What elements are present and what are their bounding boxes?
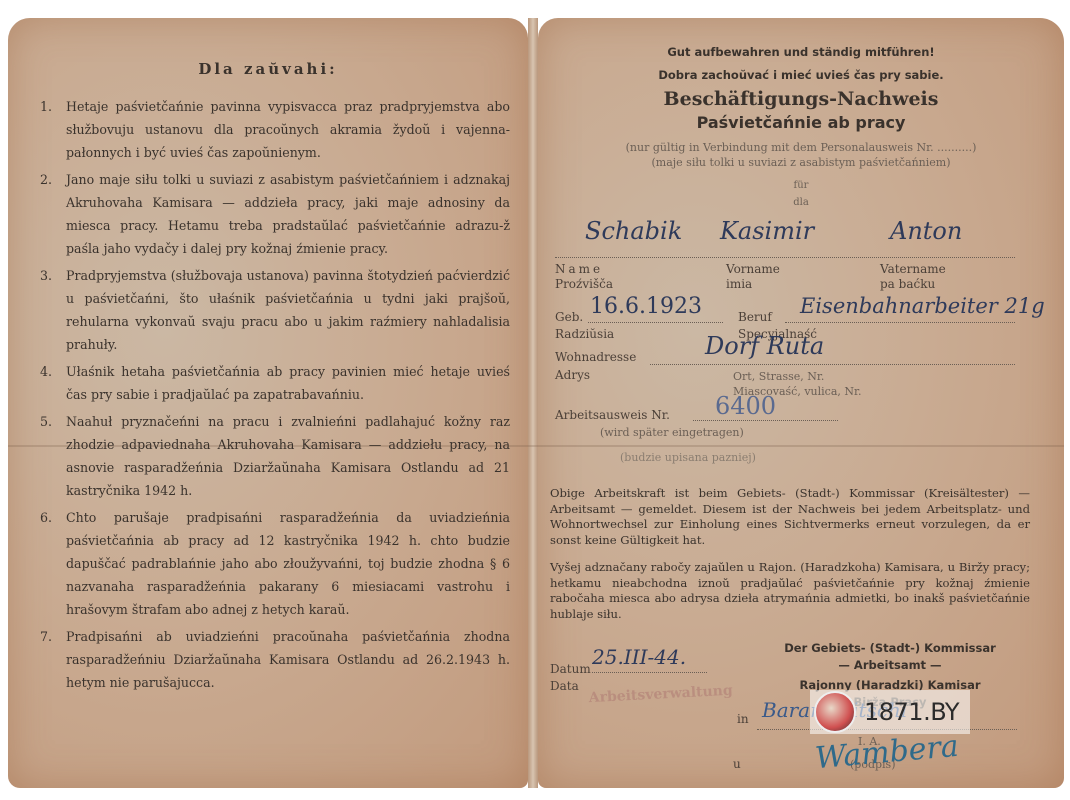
rule-item: 1.Hetaje paśvietčańnie pavinna vypisvacc… — [40, 95, 510, 164]
rule-item: 3.Pradpryjemstva (słužbovaja ustanova) p… — [40, 264, 510, 356]
rule-item: 5.Naahuł pryznačeńni na pracu i zvalnień… — [40, 410, 510, 502]
work-permit-hint-by: (budzie upisana pazniej) — [620, 450, 756, 465]
date-label-by: Data — [550, 679, 579, 694]
watermark-text: 1871.BY — [864, 698, 959, 726]
rule-item: 4.Ułaśnik hetaha paśvietčańnia ab pracy … — [40, 360, 510, 406]
rule-number: 5. — [40, 410, 52, 433]
profession-line — [785, 322, 1015, 323]
rule-text: Naahuł pryznačeńni na pracu i zvalnieńni… — [66, 414, 510, 498]
rule-item: 7.Pradpisańni ab uviadzieńni pracoŭnaha … — [40, 625, 510, 694]
authority-line-2: — Arbeitsamt — — [760, 657, 1020, 674]
for-label-by: dla — [538, 197, 1064, 208]
office-stamp: Arbeitsverwaltung — [588, 682, 711, 758]
rule-number: 3. — [40, 264, 52, 287]
title-by: Paśvietčańnie ab pracy — [538, 113, 1064, 132]
rule-number: 6. — [40, 506, 52, 529]
birth-label-by: Radziŭsia — [555, 327, 614, 342]
registration-text-de: Obige Arbeitskraft ist beim Gebiets- (St… — [550, 486, 1030, 548]
validity-by: (maje siłu tolki u suviazi z asabistym p… — [538, 156, 1064, 169]
patronymic-value: Anton — [890, 217, 962, 245]
work-permit-hint-de: (wird später eingetragen) — [600, 425, 744, 440]
notes-title: Dla zaŭvahi: — [8, 60, 528, 78]
in-label: in — [737, 712, 749, 727]
header-by: Dobra zachoŭvać i mieć uvieś čas pry sab… — [538, 68, 1064, 82]
surname-value: Schabik — [585, 217, 682, 245]
rule-text: Pradpryjemstva (słužbovaja ustanova) pav… — [66, 268, 510, 352]
rule-text: Ułaśnik hetaha paśvietčańnia ab pracy pa… — [66, 364, 510, 402]
document-spine — [528, 18, 538, 788]
vorname-label-de: Vorname — [726, 262, 780, 277]
rule-number: 2. — [40, 168, 52, 191]
name-label-by: Proźvišča — [555, 277, 613, 292]
rule-text: Jano maje siłu tolki u suviazi z asabist… — [66, 172, 510, 256]
date-value: 25.III-44. — [592, 645, 686, 669]
vorname-label-by: imia — [726, 277, 752, 292]
rule-text: Hetaje paśvietčańnie pavinna vypisvacca … — [66, 99, 510, 160]
validity-de: (nur gültig in Verbindung mit dem Person… — [538, 141, 1064, 154]
rule-text: Chto parušaje pradpisańni rasparadžeńnia… — [66, 510, 510, 617]
address-label: Wohnadresse — [555, 350, 636, 365]
work-permit-line — [693, 420, 838, 421]
rule-item: 6.Chto parušaje pradpisańni rasparadžeńn… — [40, 506, 510, 621]
header-de: Gut aufbewahren und ständig mitführen! — [538, 45, 1064, 59]
vatername-label-by: pa baćku — [880, 277, 935, 292]
for-label-de: für — [538, 180, 1064, 191]
firstname-value: Kasimir — [720, 217, 814, 245]
address-label-by: Adrys — [555, 368, 590, 383]
watermark: 1871.BY — [810, 690, 970, 734]
rule-number: 7. — [40, 625, 52, 648]
rule-item: 2.Jano maje siłu tolki u suviazi z asabi… — [40, 168, 510, 260]
name-line — [555, 257, 1015, 258]
birth-line — [588, 322, 723, 323]
birth-label: Geb. — [555, 310, 583, 325]
profession-value: Eisenbahnarbeiter 21g — [800, 294, 1045, 318]
registration-text-by: Vyšej adznačany rabočy zajaŭlen u Rajon.… — [550, 560, 1030, 622]
authority-line-1: Der Gebiets- (Stadt-) Kommissar — [760, 640, 1020, 657]
title-de: Beschäftigungs-Nachweis — [538, 88, 1064, 110]
profession-label: Beruf — [738, 310, 772, 325]
vatername-label-de: Vatername — [880, 262, 946, 277]
rule-text: Pradpisańni ab uviadzieńni pracoŭnaha pa… — [66, 629, 510, 690]
date-label: Datum — [550, 662, 591, 677]
rules-list: 1.Hetaje paśvietčańnie pavinna vypisvacc… — [40, 95, 510, 698]
rule-number: 4. — [40, 360, 52, 383]
work-permit-label: Arbeitsausweis Nr. — [555, 408, 670, 423]
address-hint-de: Ort, Strasse, Nr. — [733, 369, 824, 384]
portrait-logo-icon — [814, 691, 856, 733]
name-label-de: Name — [555, 262, 603, 277]
address-value: Dorf Ruta — [705, 332, 824, 360]
date-line — [592, 672, 707, 673]
rule-number: 1. — [40, 95, 52, 118]
u-label: u — [733, 757, 741, 772]
birth-date-value: 16.6.1923 — [590, 294, 702, 319]
address-line — [650, 364, 1015, 365]
work-permit-value: 6400 — [715, 392, 776, 420]
